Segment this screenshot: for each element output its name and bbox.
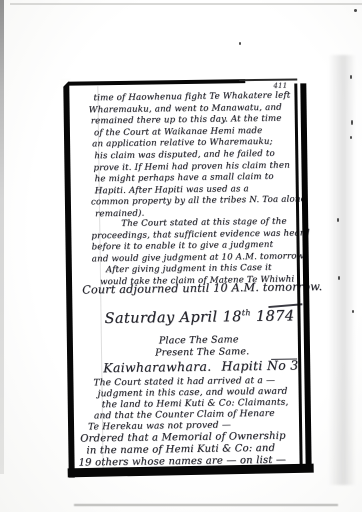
scan-speck [352, 310, 354, 313]
scan-speck [239, 42, 241, 45]
date-day: Saturday April 18 [104, 309, 241, 327]
scan-edge-top [10, 3, 362, 5]
photostat-frame: 411 time of Haowhenua fight Te Whakatere… [63, 78, 313, 477]
scan-speck [337, 218, 339, 222]
present-line: Present The Same. [155, 346, 249, 358]
case-name: Kaiwharawhara. [103, 359, 211, 376]
frame-corner-notch [60, 79, 71, 90]
paragraph-entry: time of Haowhenua fight Te Whakatere lef… [93, 90, 306, 220]
paragraph-order: Ordered that a Memorial of Ownership in … [80, 431, 286, 469]
bottom-scan-line [74, 504, 338, 506]
date-year: 1874 [251, 308, 295, 325]
page-number: 411 [273, 82, 287, 90]
scanned-page: 411 time of Haowhenua fight Te Whakatere… [0, 0, 362, 512]
scan-speck [338, 276, 340, 280]
scan-speck [350, 75, 352, 79]
paragraph-judgment: The Court stated it had arrived at a — j… [93, 376, 289, 433]
paragraph-court-statement: The Court stated at this stage of the pr… [91, 216, 310, 288]
adjournment-line: Court adjourned until 10 A.M. tomorrow. [82, 280, 322, 296]
scan-speck [354, 9, 357, 12]
frame-border-left [63, 82, 75, 478]
frame-border-top [63, 79, 245, 86]
scan-speck [351, 120, 353, 125]
date-heading: Saturday April 18th 1874 [104, 308, 294, 327]
scan-speck [350, 136, 352, 139]
frame-border-top-taper [239, 78, 297, 81]
case-number: Hapiti No 3 [221, 357, 298, 373]
place-line: Place The Same [159, 334, 239, 346]
scan-edge-left [0, 0, 4, 474]
case-heading: Kaiwharawhara.Hapiti No 3 [103, 357, 298, 375]
